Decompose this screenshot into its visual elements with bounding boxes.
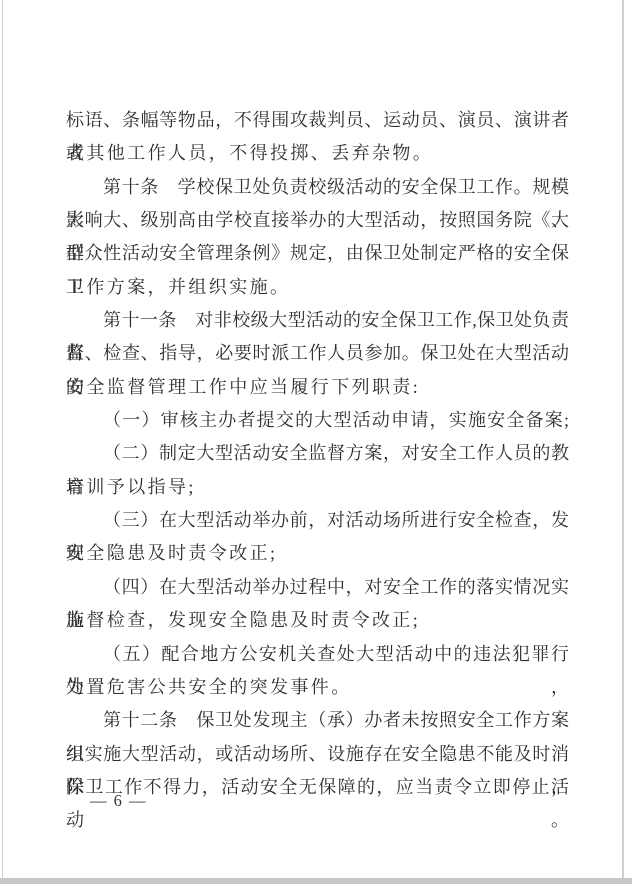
text-line: 者其他工作人员，不得投掷、丢弃杂物。: [66, 137, 569, 170]
list-item-2-line: （二）制定大型活动安全监督方案，对安全工作人员的教育: [66, 437, 569, 470]
text-line: 安全隐患及时责令改正;: [66, 537, 569, 570]
text-line: 影响大、级别高由学校直接举办的大型活动，按照国务院《大型: [66, 204, 569, 237]
text-line: 培训予以指导;: [66, 471, 569, 504]
list-item-4-line: （四）在大型活动举办过程中，对安全工作的落实情况实施: [66, 571, 569, 604]
page-edge-left: [2, 0, 3, 884]
article-12-heading-line: 第十二条 保卫处发现主（承）办者未按照安全工作方案组: [66, 704, 569, 737]
document-text-block: 标语、条幅等物品，不得围攻裁判员、运动员、演员、演讲者或 者其他工作人员，不得投…: [66, 104, 569, 804]
text-line: 群众性活动安全管理条例》规定，由保卫处制定严格的安全保卫: [66, 237, 569, 270]
list-item-5-line: （五）配合地方公安机关查处大型活动中的违法犯罪行为，: [66, 638, 569, 671]
text-line: 标语、条幅等物品，不得围攻裁判员、运动员、演员、演讲者或: [66, 104, 569, 137]
article-10-heading-line: 第十条 学校保卫处负责校级活动的安全保卫工作。规模大、: [66, 171, 569, 204]
text-line: 监督检查，发现安全隐患及时责令改正;: [66, 604, 569, 637]
text-line: 督、检查、指导，必要时派工作人员参加。保卫处在大型活动的: [66, 337, 569, 370]
text-line: 工作方案，并组织实施。: [66, 271, 569, 304]
text-line: 安全监督管理工作中应当履行下列职责:: [66, 371, 569, 404]
text-line: 织实施大型活动，或活动场所、设施存在安全隐患不能及时消除，: [66, 738, 569, 771]
page-edge-bottom: [0, 878, 632, 884]
article-11-heading-line: 第十一条 对非校级大型活动的安全保卫工作,保卫处负责监: [66, 304, 569, 337]
list-item-1-line: （一）审核主办者提交的大型活动申请，实施安全备案;: [66, 404, 569, 437]
page-edge-right: [622, 0, 624, 884]
document-page: 标语、条幅等物品，不得围攻裁判员、运动员、演员、演讲者或 者其他工作人员，不得投…: [0, 0, 632, 884]
list-item-3-line: （三）在大型活动举办前，对活动场所进行安全检查，发现: [66, 504, 569, 537]
page-number: — 6 —: [90, 790, 147, 812]
